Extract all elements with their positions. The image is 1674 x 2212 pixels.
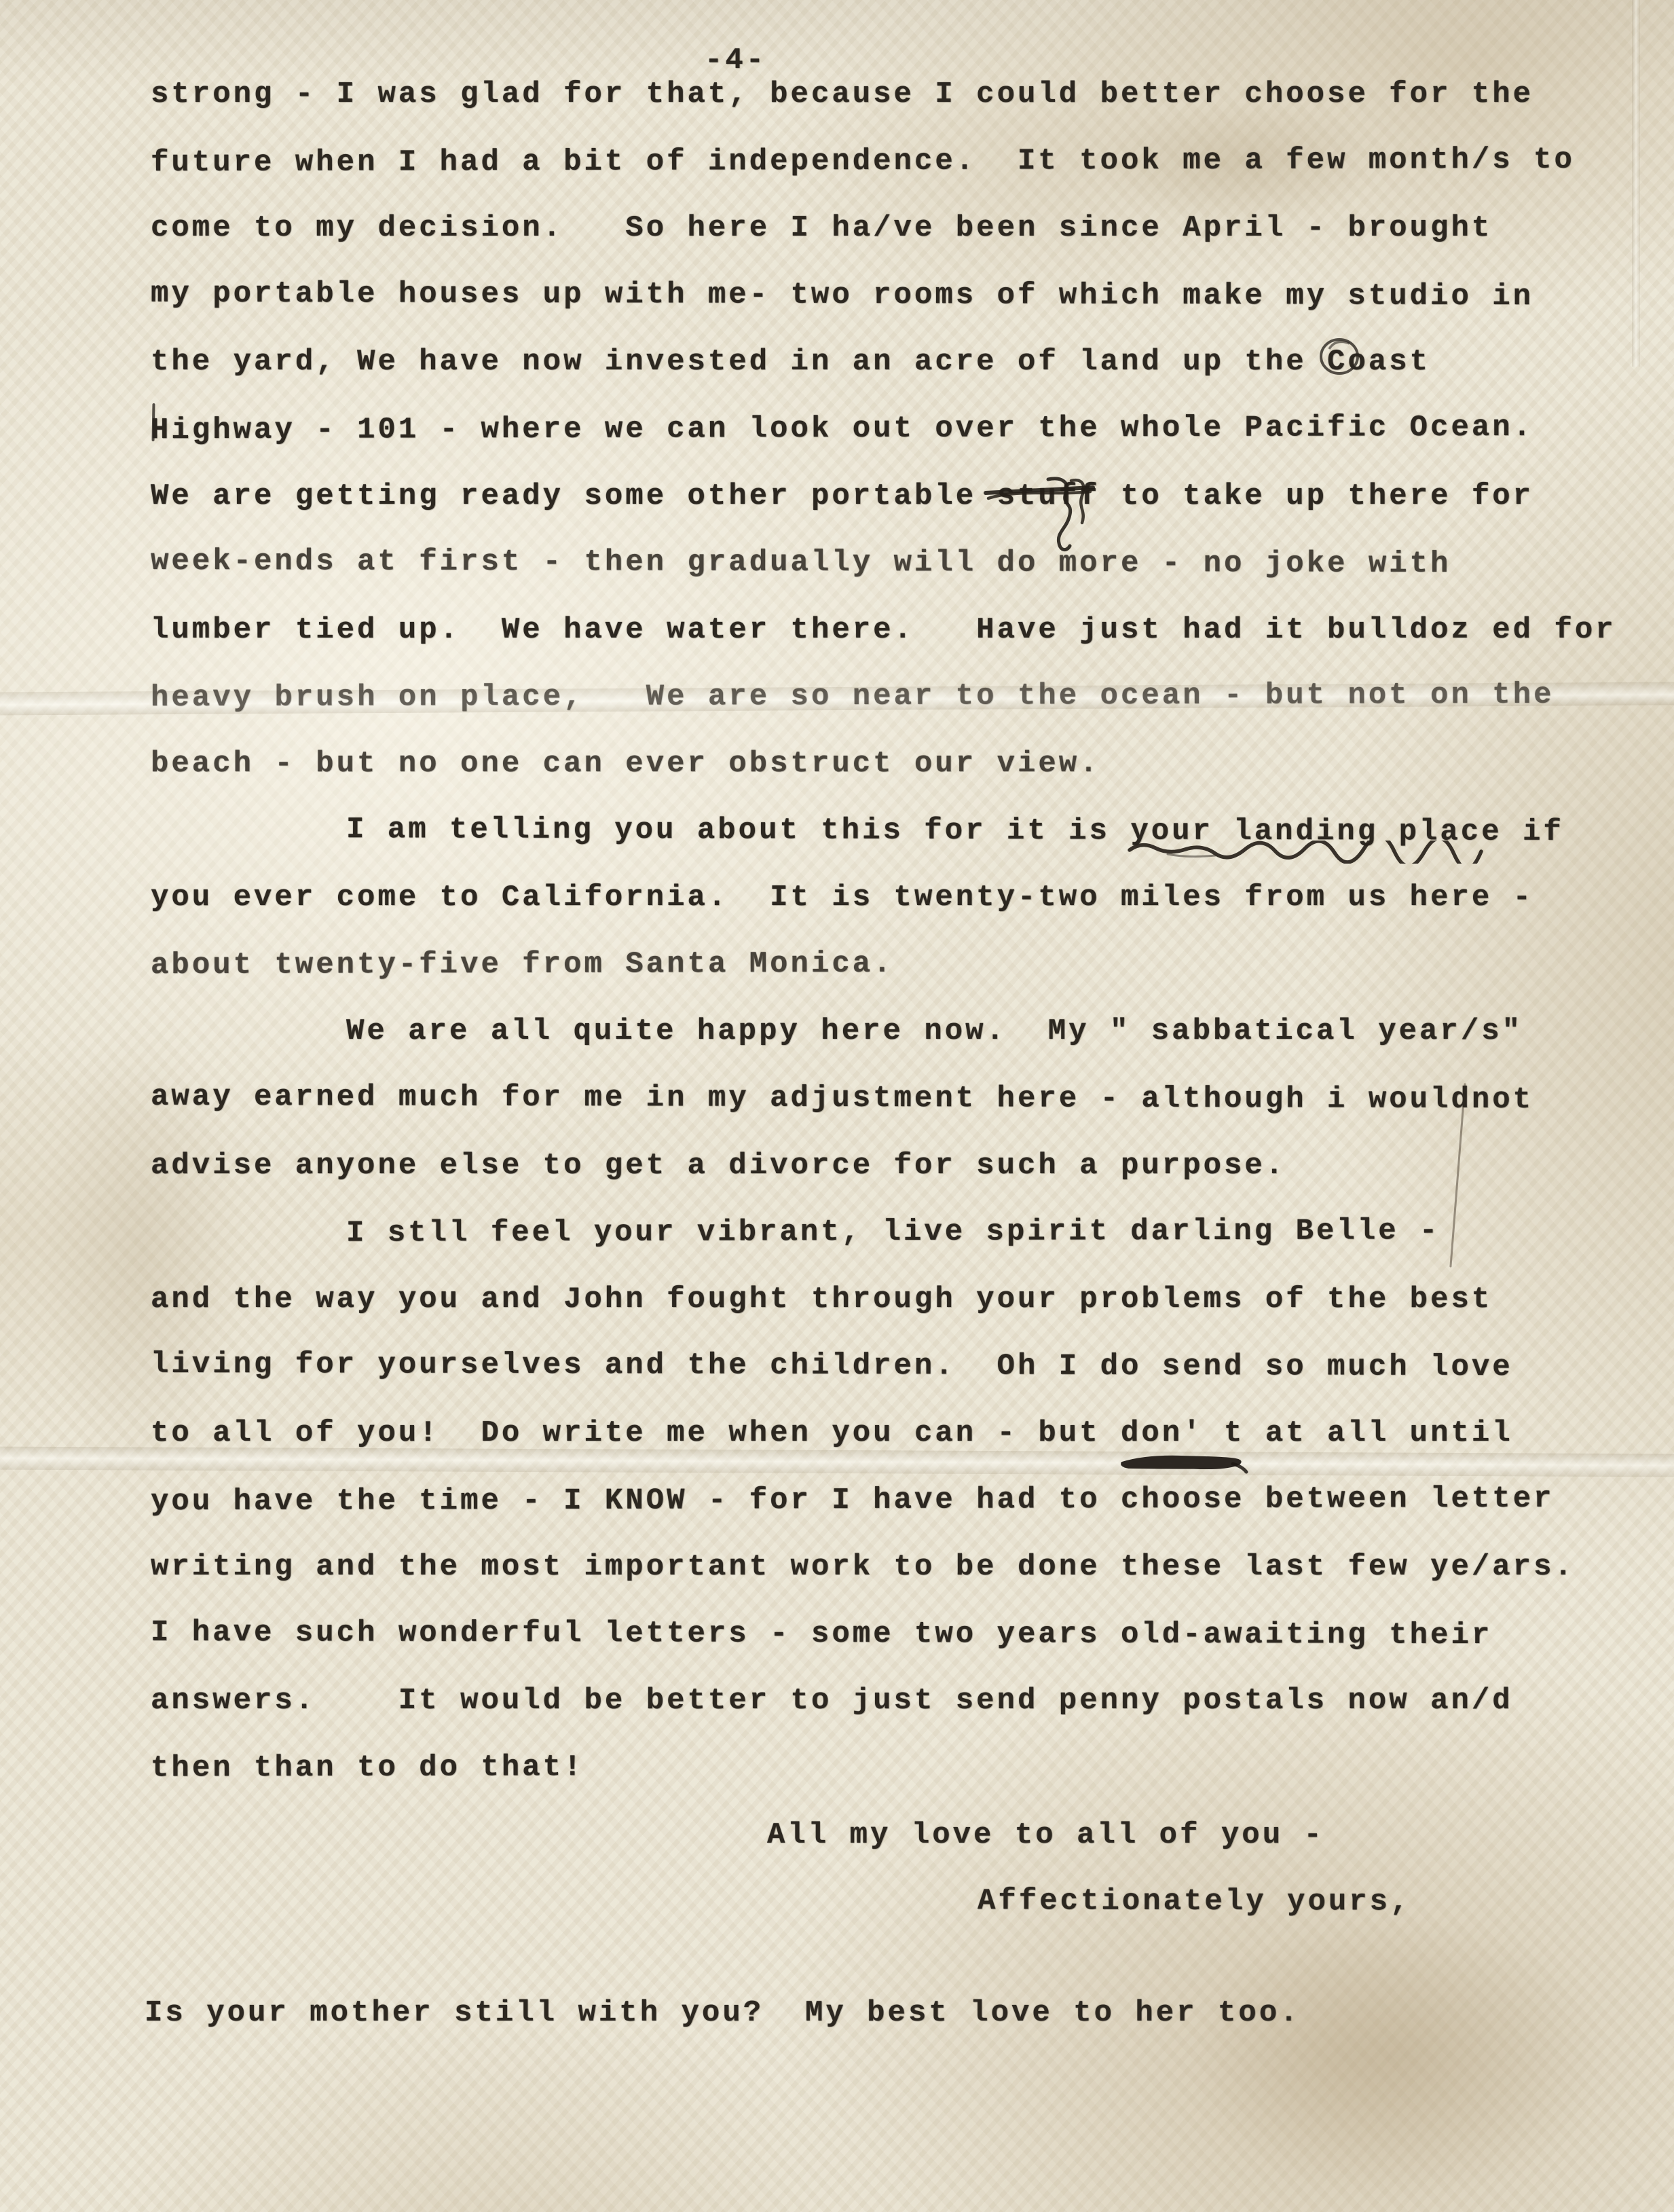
letter-line: advise anyone else to get a divorce for …: [151, 1147, 1286, 1184]
letter-line: Affectionately yours,: [978, 1883, 1411, 1920]
letter-line: you ever come to California. It is twent…: [151, 879, 1533, 916]
letter-line: week-ends at first - then gradually will…: [151, 543, 1451, 583]
letter-line: then than to do that!: [151, 1749, 584, 1786]
letter-line: you have the time - I KNOW - for I have …: [151, 1481, 1555, 1520]
letter-line: my portable houses up with me- two rooms…: [151, 276, 1533, 315]
letter-line: All my love to all of you -: [767, 1817, 1324, 1854]
letter-line: future when I had a bit of independence.…: [151, 142, 1575, 181]
strikethrough-scribble-mark: [983, 475, 1105, 564]
letter-line: and the way you and John fought through …: [151, 1281, 1492, 1318]
page-number: -4-: [705, 42, 766, 79]
letter-line: beach - but no one can ever obstruct our…: [151, 745, 1100, 782]
letter-line: away earned much for me in my adjustment…: [151, 1079, 1533, 1118]
fold-crease-vertical: [1632, 0, 1640, 367]
letter-line: answers. It would be better to just send…: [151, 1682, 1513, 1719]
letter-page: -4- strong - I was glad for that, becaus…: [0, 0, 1674, 2212]
letter-line: to all of you! Do write me when you can …: [151, 1415, 1513, 1452]
circle-overstrike-mark: [1316, 334, 1363, 380]
postscript-line: Is your mother still with you? My best l…: [145, 1995, 1301, 2031]
wavy-underline-mark: [1127, 841, 1508, 864]
letter-line: Highway - 101 - where we can look out ov…: [151, 409, 1533, 449]
letter-line: about twenty-five from Santa Monica.: [151, 946, 894, 984]
letter-line: the yard, We have now invested in an acr…: [151, 344, 1430, 380]
paper-stain: [1188, 1915, 1609, 2200]
letter-line: come to my decision. So here I ha/ve bee…: [151, 210, 1492, 246]
letter-line: I have such wonderful letters - some two…: [151, 1615, 1492, 1654]
letter-line: We are all quite happy here now. My " sa…: [346, 1013, 1523, 1050]
ink-underline-blob-mark: [1119, 1452, 1252, 1475]
letter-line: living for yourselves and the children. …: [151, 1346, 1513, 1386]
letter-line: We are getting ready some other portable…: [151, 478, 1533, 515]
letter-line: strong - I was glad for that, because I …: [151, 76, 1533, 113]
letter-line: lumber tied up. We have water there. Hav…: [151, 612, 1616, 648]
letter-line: heavy brush on place, We are so near to …: [151, 677, 1555, 716]
letter-line: writing and the most important work to b…: [151, 1549, 1575, 1585]
letter-line: I stll feel your vibrant, live spirit da…: [346, 1213, 1440, 1251]
